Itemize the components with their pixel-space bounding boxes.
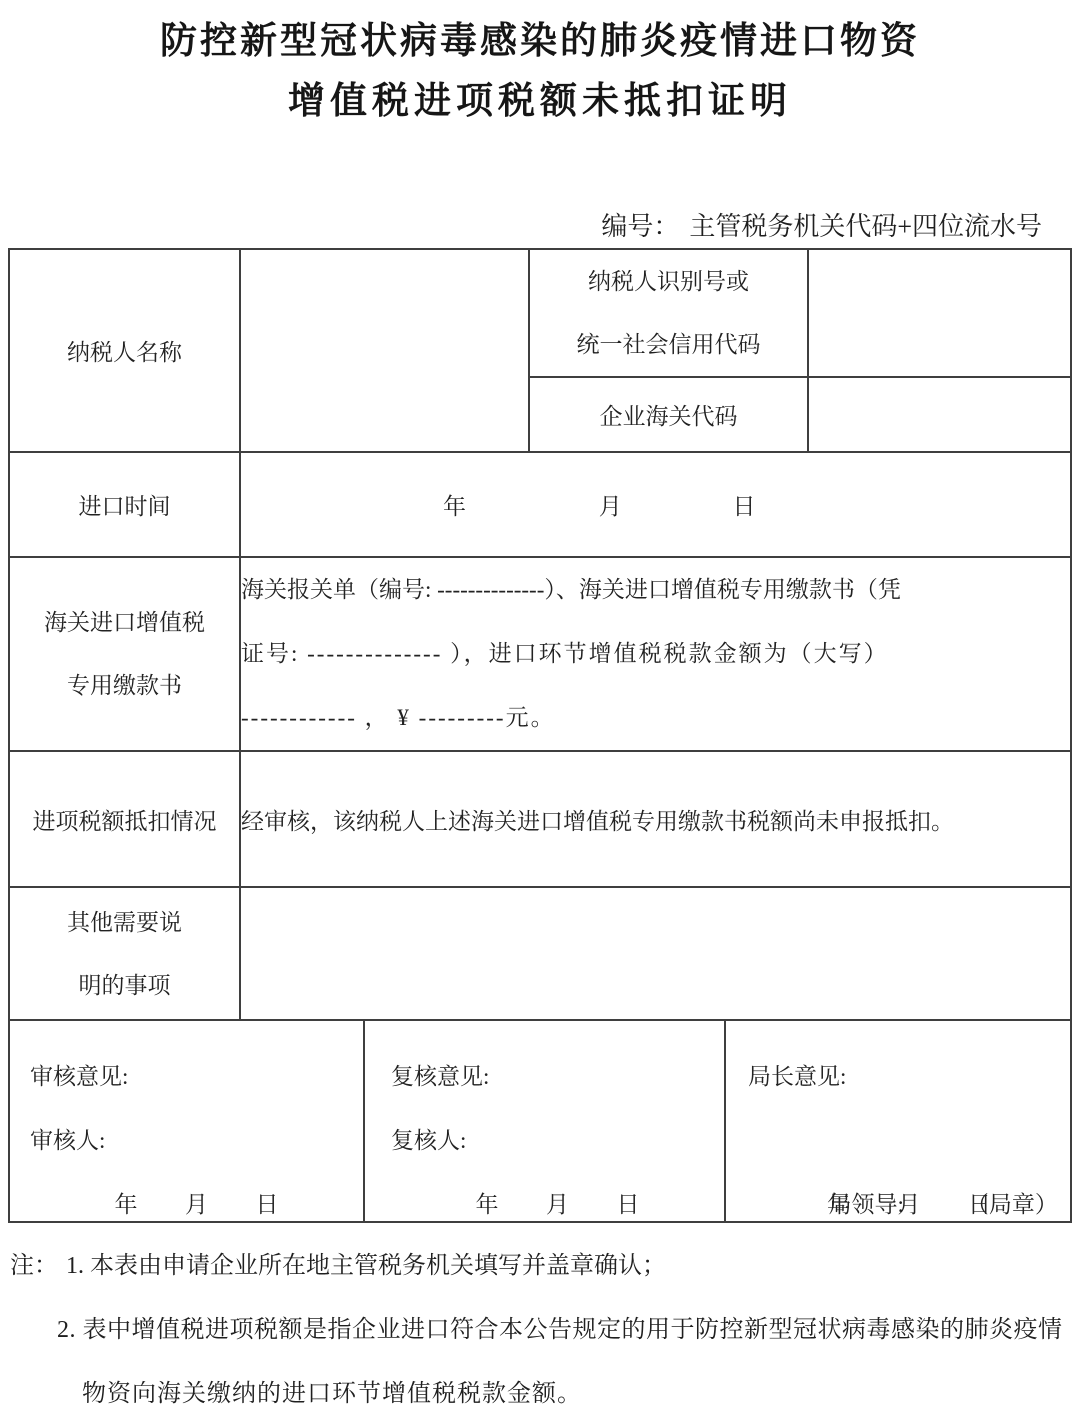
recheck-date: 年 月 日 [391,1173,724,1237]
other-notes-label-line1: 其他需要说 [10,891,239,954]
taxpayer-id-label-line2: 统一社会信用代码 [530,313,807,376]
payment-certificate-content-line3: ------------ ， ¥ ---------元。 [241,686,1070,750]
recheck-opinion-label: 复核意见: [391,1045,724,1109]
director-opinion-cell: 局长意见: 局领导:（局章） 年 月 日 [726,1021,1070,1221]
director-opinion-label: 局长意见: [748,1045,1070,1109]
import-time-label: 进口时间 [9,452,240,557]
taxpayer-id-label-line1: 纳税人识别号或 [530,250,807,313]
payment-certificate-content-line2: 证号: -------------- ），进口环节增值税税款金额为（大写） [241,622,1070,686]
serial-value: 主管税务机关代码+四位流水号 [689,212,1042,241]
import-time-year: 年 [443,494,466,519]
customs-code-label: 企业海关代码 [529,377,808,452]
customs-code-value [808,377,1071,452]
review-opinion-cell: 审核意见: 审核人: 年 月 日 [10,1021,365,1221]
payment-certificate-label-line1: 海关进口增值税 [10,591,239,654]
taxpayer-name-label: 纳税人名称 [9,249,240,452]
document-title-line2: 增值税进项税额未抵扣证明 [0,70,1080,124]
certificate-form-table: 纳税人名称 纳税人识别号或 统一社会信用代码 企业海关代码 进口时间 年 月 日… [8,248,1072,1223]
other-notes-value [240,887,1071,1020]
document-page: 防控新型冠状病毒感染的肺炎疫情进口物资 增值税进项税额未抵扣证明 编号：主管税务… [0,0,1080,1410]
serial-label: 编号： [601,212,679,241]
footnote-prefix: 注： [10,1253,58,1279]
payment-certificate-label-line2: 专用缴款书 [10,654,239,717]
other-notes-label: 其他需要说 明的事项 [9,887,240,1020]
footnote-2-line2: 物资向海关缴纳的进口环节增值税税款金额。 [82,1373,582,1408]
other-notes-label-line2: 明的事项 [10,954,239,1017]
deduction-status-content: 经审核，该纳税人上述海关进口增值税专用缴款书税额尚未申报抵扣。 [240,751,1071,887]
director-person-line: 局领导:（局章） [748,1109,1070,1173]
review-opinion-label: 审核意见: [30,1045,363,1109]
taxpayer-id-value [808,249,1071,377]
footnote-1-text: 1. 本表由申请企业所在地主管税务机关填写并盖章确认； [66,1253,666,1279]
recheck-opinion-cell: 复核意见: 复核人: 年 月 日 [365,1021,726,1221]
review-person-label: 审核人: [30,1109,363,1173]
import-time-month: 月 [599,494,622,519]
taxpayer-id-label: 纳税人识别号或 统一社会信用代码 [529,249,808,377]
review-date: 年 月 日 [30,1173,363,1237]
payment-certificate-content: 海关报关单（编号: --------------）、海关进口增值税专用缴款书（凭… [240,557,1071,751]
serial-number-line: 编号：主管税务机关代码+四位流水号 [601,206,1042,243]
payment-certificate-content-line1: 海关报关单（编号: --------------）、海关进口增值税专用缴款书（凭 [241,558,1070,622]
recheck-person-label: 复核人: [391,1109,724,1173]
signoff-row: 审核意见: 审核人: 年 月 日 复核意见: 复核人: 年 月 日 局长意见: … [9,1020,1071,1222]
footnote-1: 注：1. 本表由申请企业所在地主管税务机关填写并盖章确认； [10,1245,666,1280]
document-title-line1: 防控新型冠状病毒感染的肺炎疫情进口物资 [0,10,1080,64]
import-time-day: 日 [733,494,756,519]
deduction-status-label: 进项税额抵扣情况 [9,751,240,887]
taxpayer-name-value [240,249,529,452]
footnote-2-line1: 2. 表中增值税进项税额是指企业进口符合本公告规定的用于防控新型冠状病毒感染的肺… [57,1309,1063,1344]
import-time-value: 年 月 日 [240,452,1071,557]
payment-certificate-label: 海关进口增值税 专用缴款书 [9,557,240,751]
